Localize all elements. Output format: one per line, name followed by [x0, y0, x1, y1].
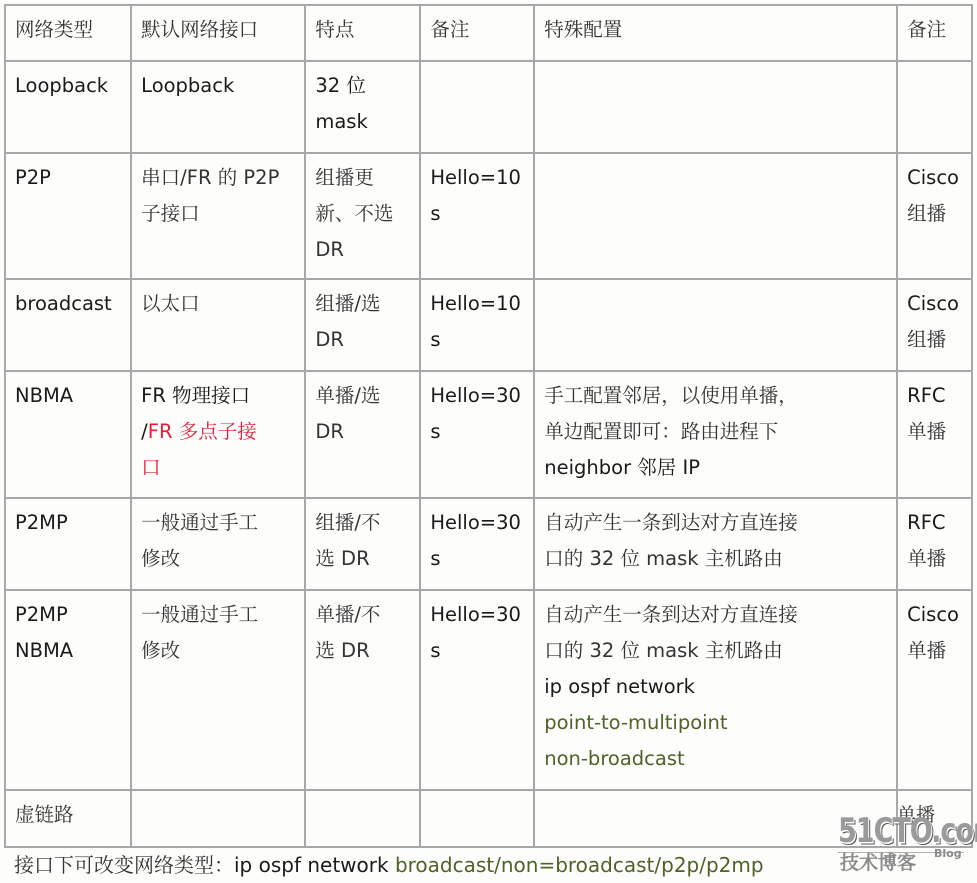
cell-features	[305, 790, 420, 847]
cell-default-interface: 以太口	[131, 279, 305, 371]
cell-hello: Hello=10s	[420, 279, 534, 371]
cell-special-config	[534, 61, 897, 153]
table-row: Loopback Loopback 32 位 mask	[5, 61, 972, 153]
cell-special-config: 手工配置邻居，以使用单播， 单边配置即可：路由进程下 neighbor 邻居 I…	[534, 371, 897, 498]
highlighted-text: 口	[141, 450, 296, 486]
cell-special-config: 自动产生一条到达对方直连接 口的 32 位 mask 主机路由 ip ospf …	[534, 590, 897, 790]
cell-special-config	[534, 153, 897, 279]
cell-features: 组播/不 选 DR	[305, 498, 420, 590]
footer-note: 接口下可改变网络类型：ip ospf network broadcast/non…	[14, 848, 764, 882]
table-row: P2P 串口/FR 的 P2P 子接口 组播更 新、不选 DR Hello=10…	[5, 153, 972, 279]
header-default-interface: 默认网络接口	[131, 5, 305, 61]
cell-hello: Hello=30s	[420, 498, 534, 590]
table-row: 虚链路	[5, 790, 972, 847]
cell-remark	[897, 61, 972, 153]
cell-hello	[420, 61, 534, 153]
cell-remark: Cisco 组播	[897, 153, 972, 279]
cell-remark: RFC 单播	[897, 498, 972, 590]
cell-network-type: P2P	[5, 153, 131, 279]
cell-remark: RFC 单播	[897, 371, 972, 498]
cell-hello: Hello=30s	[420, 371, 534, 498]
cell-features: 32 位 mask	[305, 61, 420, 153]
table-header-row: 网络类型 默认网络接口 特点 备注 特殊配置 备注	[5, 5, 972, 61]
footer-options: broadcast/non=broadcast/p2p/p2mp	[395, 853, 764, 877]
cell-special-config: 自动产生一条到达对方直连接 口的 32 位 mask 主机路由	[534, 498, 897, 590]
cell-default-interface: 一般通过手工 修改	[131, 590, 305, 790]
cell-features: 组播/选 DR	[305, 279, 420, 371]
footer-prefix: 接口下可改变网络类型：	[14, 853, 234, 877]
cell-default-interface: Loopback	[131, 61, 305, 153]
cell-features: 组播更 新、不选 DR	[305, 153, 420, 279]
cell-default-interface: 一般通过手工 修改	[131, 498, 305, 590]
cell-network-type: Loopback	[5, 61, 131, 153]
footer-command: ip ospf network	[234, 853, 395, 877]
cell-default-interface: FR 物理接口 /FR 多点子接 口	[131, 371, 305, 498]
cell-network-type: P2MP	[5, 498, 131, 590]
cell-remark: Cisco 组播	[897, 279, 972, 371]
cell-remark: Cisco 单播	[897, 590, 972, 790]
cell-hello: Hello=30s	[420, 590, 534, 790]
command-text: ip ospf network	[544, 669, 888, 705]
watermark-blog-text: Blog	[934, 847, 962, 860]
table-row: P2MP NBMA 一般通过手工 修改 单播/不 选 DR Hello=30s …	[5, 590, 972, 790]
table-row: NBMA FR 物理接口 /FR 多点子接 口 单播/选 DR Hello=30…	[5, 371, 972, 498]
cell-network-type: P2MP NBMA	[5, 590, 131, 790]
watermark-logo: 51CTO.com 技术博客 Blog	[838, 812, 968, 872]
table-row: broadcast 以太口 组播/选 DR Hello=10s Cisco 组播	[5, 279, 972, 371]
table-row: P2MP 一般通过手工 修改 组播/不 选 DR Hello=30s 自动产生一…	[5, 498, 972, 590]
header-special-config: 特殊配置	[534, 5, 897, 61]
cell-hello	[420, 790, 534, 847]
watermark-sub-text: 技术博客	[840, 848, 916, 875]
cell-default-interface: 串口/FR 的 P2P 子接口	[131, 153, 305, 279]
header-network-type: 网络类型	[5, 5, 131, 61]
cell-special-config	[534, 279, 897, 371]
cell-features: 单播/选 DR	[305, 371, 420, 498]
cell-default-interface	[131, 790, 305, 847]
cell-network-type: broadcast	[5, 279, 131, 371]
cell-features: 单播/不 选 DR	[305, 590, 420, 790]
cell-network-type: NBMA	[5, 371, 131, 498]
cell-network-type: 虚链路	[5, 790, 131, 847]
command-option-text: non-broadcast	[544, 741, 888, 777]
ospf-network-types-table: 网络类型 默认网络接口 特点 备注 特殊配置 备注 Loopback Loopb…	[4, 4, 973, 848]
command-option-text: point-to-multipoint	[544, 705, 888, 741]
cell-hello: Hello=10s	[420, 153, 534, 279]
header-features: 特点	[305, 5, 420, 61]
header-remark: 备注	[420, 5, 534, 61]
highlighted-text: FR 多点子接	[148, 420, 257, 443]
watermark-main-text: 51CTO.com	[838, 812, 977, 851]
header-remark-2: 备注	[897, 5, 972, 61]
